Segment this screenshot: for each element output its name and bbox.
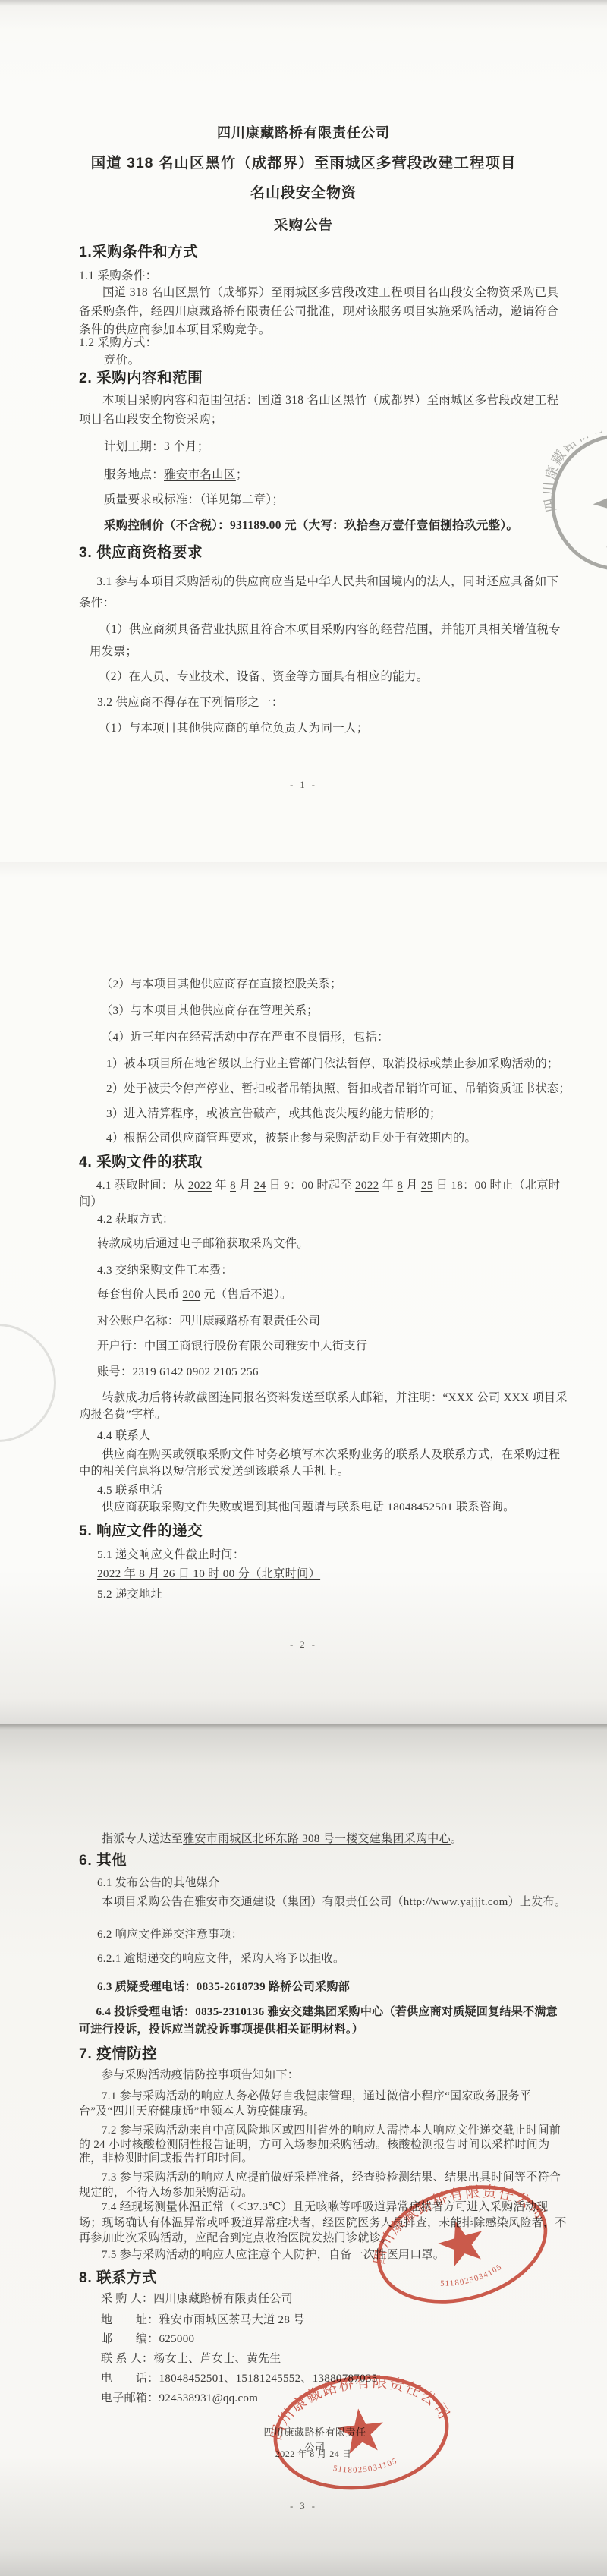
doc-title: 采购公告: [0, 216, 607, 235]
account-number: 账号：2319 6142 0902 2105 256: [97, 1364, 259, 1381]
contacts-field: 联 系 人：杨女士、芦女士、黄先生: [101, 2351, 281, 2367]
seal-star-icon: [433, 2215, 489, 2269]
page-3: 指派专人送达至雅安市雨城区北环东路 308 号一楼交建集团采购中心。 6. 其他…: [0, 1724, 607, 2576]
clause-3-2-3: （3）与本项目其他供应商存在管理关系；: [101, 1003, 319, 1019]
clause-1-2-label: 1.2 采购方式：: [79, 334, 157, 353]
clause-4-3-price: 每套售价人民币 200 元（售后不退）。: [97, 1286, 292, 1303]
clause-6-1-text: 本项目采购公告在雅安市交通建设（集团）有限责任公司（http://www.yaj…: [79, 1894, 568, 1910]
section-title: 名山段安全物资: [0, 184, 607, 203]
clause-6-3: 6.3 质疑受理电话：0835-2618739 路桥公司采购部: [97, 1979, 350, 1995]
heading-6: 6. 其他: [79, 1853, 127, 1868]
heading-7: 7. 疫情防控: [79, 2046, 157, 2061]
clause-6-4: 6.4 投诉受理电话：0835-2310136 雅安交建集团采购中心（若供应商对…: [79, 2004, 568, 2039]
clause-2-text: 本项目采购内容和范围包括：国道 318 名山区黑竹（成都界）至雨城区多营段改建工…: [79, 392, 565, 429]
heading-3: 3. 供应商资格要求: [79, 543, 203, 562]
seal-star-icon: [587, 469, 607, 532]
clause-6-2-1: 6.2.1 逾期递交的响应文件，采购人将予以拒收。: [97, 1951, 344, 1967]
seal-number-text: 5118025034105: [332, 2456, 400, 2478]
clause-3-1-2: （2）在人员、专业技术、设备、资金等方面具有相应的能力。: [99, 668, 429, 687]
delivery-address: 指派专人送达至雅安市雨城区北环东路 308 号一楼交建集团采购中心。: [79, 1831, 568, 1847]
heading-2: 2. 采购内容和范围: [79, 369, 203, 388]
clause-3-2-4-1: 1）被本项目所在地省级以上行业主管部门依法暂停、取消投标或禁止参加采购活动的；: [106, 1056, 574, 1072]
scanned-procurement-notice: { "page1": { "company_title": "四川康藏路桥有限责…: [0, 0, 607, 2576]
plan-period: 计划工期：3 个月；: [104, 438, 209, 457]
clause-7-intro: 参与采购活动疫情防控事项告知如下：: [79, 2067, 299, 2083]
heading-4: 4. 采购文件的获取: [79, 1154, 203, 1170]
heading-1: 1.采购条件和方式: [79, 243, 198, 262]
clause-4-4-text: 供应商在购买或领取采购文件时务必填写本次采购业务的联系人及联系方式，在采购过程中…: [79, 1447, 568, 1480]
account-name: 对公账户名称：四川康藏路桥有限责任公司: [97, 1313, 320, 1330]
page-1: 四川康藏路桥有限责任公司 国道 318 名山区黑竹（成都界）至雨城区多营段改建工…: [0, 0, 607, 862]
seal-number-text: 5118025034105: [603, 521, 607, 559]
seal-star-icon: [335, 2406, 386, 2455]
clause-6-1-label: 6.1 发布公告的其他媒介: [97, 1875, 219, 1891]
clause-4-4-label: 4.4 联系人: [97, 1428, 150, 1444]
clause-3-2-4: （4）近三年内在经营活动中存在严重不良情形，包括：: [101, 1029, 389, 1046]
quality-requirement: 质量要求或标准：（详见第二章）；: [104, 491, 284, 510]
clause-3-2-4-2: 2）处于被责令停产停业、暂扣或者吊销执照、暂扣或者吊销许可证、吊销资质证书状态；: [106, 1081, 574, 1097]
heading-5: 5. 响应文件的递交: [79, 1523, 203, 1539]
page-number-1: - 1 -: [0, 776, 607, 795]
clause-5-2-label: 5.2 递交地址: [97, 1586, 162, 1603]
control-price: 采购控制价（不含税）：931189.00 元（大写：玖拾叁万壹仟壹佰捌拾玖元整）…: [104, 517, 569, 536]
clause-4-5-text: 供应商获取采购文件失败或遇到其他问题请与联系电话 18048452501 联系咨…: [79, 1499, 568, 1516]
clause-3-2-4-4: 4）根据公司供应商管理要求，被禁止参与采购活动且处于有效期内的。: [106, 1130, 476, 1147]
clause-1-1-label: 1.1 采购条件：: [79, 267, 157, 286]
heading-8: 8. 联系方式: [79, 2270, 157, 2285]
company-seal-grey: 四川康藏路桥有限责任公司 5118025034105: [524, 408, 607, 597]
email-field: 电子邮箱：924538931@qq.com: [101, 2391, 258, 2406]
clause-3-2-2: （2）与本项目其他供应商存在直接控股关系；: [101, 976, 342, 993]
clause-1-1-text: 国道 318 名山区黑竹（成都界）至雨城区多营段改建工程项目名山段安全物资采购已…: [79, 284, 565, 340]
clause-4-2-label: 4.2 获取方式：: [97, 1211, 174, 1228]
clause-5-1-time: 2022 年 8 月 26 日 10 时 00 分（北京时间）: [97, 1566, 320, 1582]
postcode-field: 邮 编：625000: [101, 2332, 194, 2347]
clause-3-1-1: （1）供应商须具备营业执照且符合本项目采购内容的经营范围，并能开具相关增值税专用…: [90, 619, 565, 663]
clause-3-2: 3.2 供应商不得存在下列情形之一：: [97, 694, 284, 713]
clause-3-1: 3.1 参与本项目采购活动的供应商应当是中华人民共和国境内的法人，同时还应具备如…: [79, 572, 565, 614]
clause-7-1: 7.1 参与采购活动的响应人务必做好自我健康管理，通过微信小程序“国家政务服务平…: [79, 2089, 568, 2119]
clause-5-1-label: 5.1 递交响应文件截止时间：: [97, 1547, 244, 1564]
buyer-field: 采 购 人：四川康藏路桥有限责任公司: [101, 2291, 293, 2307]
clause-1-2-text: 竞价。: [104, 351, 140, 370]
faint-seal-edge: [0, 1324, 56, 1442]
page-2: （2）与本项目其他供应商存在直接控股关系； （3）与本项目其他供应商存在管理关系…: [0, 862, 607, 1724]
clause-7-2: 7.2 参与采购活动来自中高风险地区或四川省外的响应人需持本人响应文件递交截止时…: [79, 2124, 568, 2166]
project-title: 国道 318 名山区黑竹（成都界）至雨城区多营段改建工程项目: [0, 154, 607, 173]
clause-4-2-text: 转款成功后通过电子邮箱获取采购文件。: [97, 1236, 309, 1252]
clause-4-1: 4.1 获取时间：从 2022 年 8 月 24 日 9：00 时起至 2022…: [79, 1177, 568, 1211]
clause-3-2-4-3: 3）进入清算程序，或被宣告破产，或其他丧失履约能力情形的；: [106, 1106, 442, 1123]
bank-name: 开户行：中国工商银行股份有限公司雅安中大街支行: [97, 1338, 367, 1355]
clause-4-3-label: 4.3 交纳采购文件工本费：: [97, 1262, 233, 1279]
clause-3-2-1: （1）与本项目其他供应商的单位负责人为同一人；: [99, 720, 369, 738]
company-title: 四川康藏路桥有限责任公司: [0, 124, 607, 143]
company-seal-red-lower: 四川康藏路桥有限责任公司 5118025034105: [261, 2354, 461, 2511]
page-number-2: - 2 -: [0, 1636, 607, 1653]
svg-text:5118025034105: 5118025034105: [603, 521, 607, 559]
clause-6-2-label: 6.2 响应文件递交注意事项：: [97, 1927, 243, 1942]
address-field: 地 址：雅安市雨城区茶马大道 28 号: [101, 2313, 305, 2328]
clause-4-5-label: 4.5 联系电话: [97, 1482, 162, 1499]
svg-text:5118025034105: 5118025034105: [332, 2456, 400, 2478]
service-location: 服务地点：雅安市名山区；: [104, 466, 248, 485]
transfer-note: 转款成功后将转款截图连同报名资料发送至联系人邮箱，并注明：“XXX 公司 XXX…: [79, 1390, 568, 1423]
